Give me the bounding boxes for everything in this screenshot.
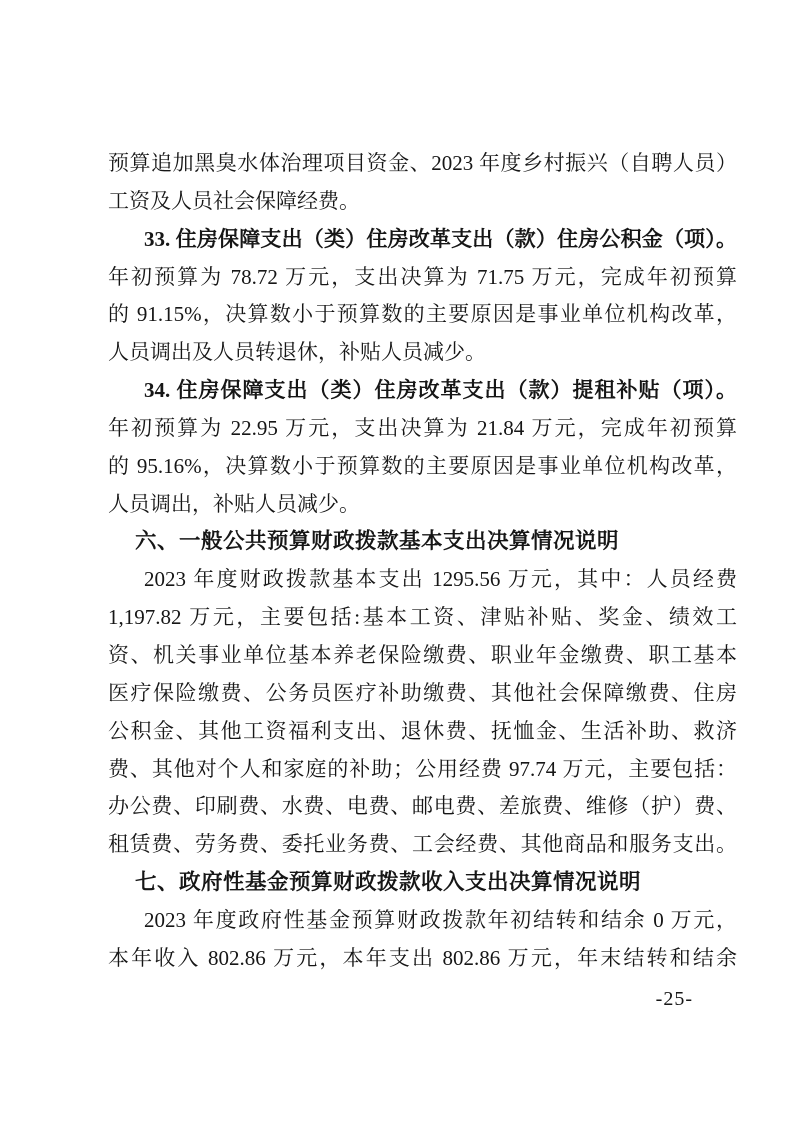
text-block: 预算追加黑臭水体治理项目资金、2023 年度乡村振兴（自聘人员） 工资及人员社会… <box>108 145 737 978</box>
section-seven-body-line: 本年收入 802.86 万元，本年支出 802.86 万元，年末结转和结余 <box>108 940 737 978</box>
section-six-body-line: 办公费、印刷费、水费、电费、邮电费、差旅费、维修（护）费、 <box>108 788 737 826</box>
item-33-body-line: 的 91.15%，决算数小于预算数的主要原因是事业单位机构改革， <box>108 296 737 334</box>
section-six-body-line: 资、机关事业单位基本养老保险缴费、职业年金缴费、职工基本 <box>108 637 737 675</box>
section-six-heading: 六、一般公共预算财政拨款基本支出决算情况说明 <box>108 523 737 561</box>
section-seven-heading: 七、政府性基金预算财政拨款收入支出决算情况说明 <box>108 864 737 902</box>
item-34-body-line: 年初预算为 22.95 万元，支出决算为 21.84 万元，完成年初预算 <box>108 410 737 448</box>
item-34-heading-line: 34. 住房保障支出（类）住房改革支出（款）提租补贴（项）。 <box>108 372 737 410</box>
paragraph-end-line: 工资及人员社会保障经费。 <box>108 183 737 221</box>
paragraph-continuation-line: 预算追加黑臭水体治理项目资金、2023 年度乡村振兴（自聘人员） <box>108 145 737 183</box>
page-number: -25- <box>656 986 693 1012</box>
item-33-body-line: 年初预算为 78.72 万元，支出决算为 71.75 万元，完成年初预算 <box>108 259 737 297</box>
section-six-body-line: 公积金、其他工资福利支出、退休费、抚恤金、生活补助、救济 <box>108 713 737 751</box>
item-34-body-line: 人员调出，补贴人员减少。 <box>108 486 737 524</box>
section-six-body-line: 租赁费、劳务费、委托业务费、工会经费、其他商品和服务支出。 <box>108 826 737 864</box>
section-six-body-line: 医疗保险缴费、公务员医疗补助缴费、其他社会保障缴费、住房 <box>108 675 737 713</box>
document-page: 预算追加黑臭水体治理项目资金、2023 年度乡村振兴（自聘人员） 工资及人员社会… <box>0 0 793 1122</box>
section-six-body-line: 1,197.82 万元，主要包括:基本工资、津贴补贴、奖金、绩效工 <box>108 599 737 637</box>
section-six-body-line: 费、其他对个人和家庭的补助；公用经费 97.74 万元，主要包括： <box>108 751 737 789</box>
section-seven-body-line: 2023 年度政府性基金预算财政拨款年初结转和结余 0 万元， <box>108 902 737 940</box>
section-six-body-line: 2023 年度财政拨款基本支出 1295.56 万元，其中：人员经费 <box>108 561 737 599</box>
item-33-heading-line: 33. 住房保障支出（类）住房改革支出（款）住房公积金（项）。 <box>108 221 737 259</box>
item-33-body-line: 人员调出及人员转退休，补贴人员减少。 <box>108 334 737 372</box>
item-34-body-line: 的 95.16%，决算数小于预算数的主要原因是事业单位机构改革， <box>108 448 737 486</box>
